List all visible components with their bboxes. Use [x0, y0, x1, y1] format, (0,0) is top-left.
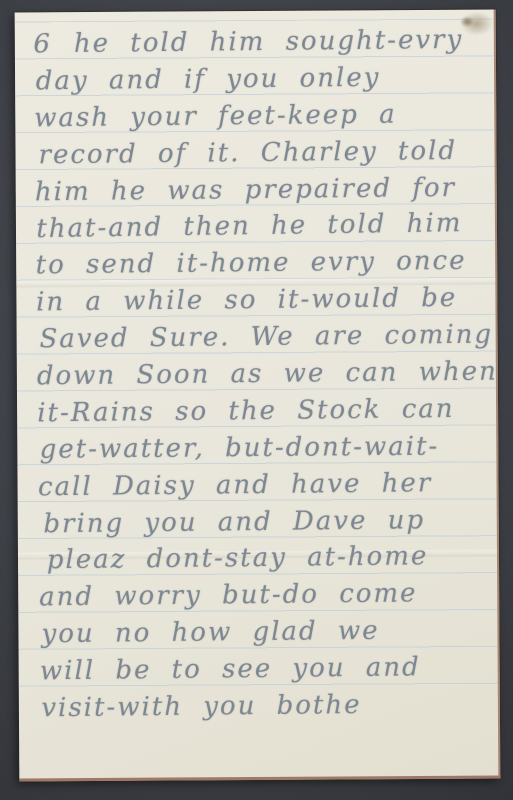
- letter-line: record of it. Charley told: [38, 132, 485, 174]
- letter-line: will be to see you and: [40, 649, 491, 691]
- letter-line: down Soon as we can when: [37, 354, 488, 396]
- letter-line: bring you and Dave up: [43, 501, 489, 543]
- letter-line: pleaz dont-stay at-home: [47, 538, 490, 580]
- letter-line: Saved Sure. We are coming: [39, 317, 487, 359]
- letter-page: 6he told him sought-evry day and if you …: [15, 10, 501, 782]
- letter-line: 6he told him sought-evry: [33, 22, 484, 64]
- letter-line: to send it-home evry once: [36, 243, 487, 285]
- letter-line: get-watter, but-dont-wait-: [40, 428, 489, 468]
- letter-line: him he was prepaired for: [35, 169, 486, 211]
- letter-photo: 6he told him sought-evry day and if you …: [0, 0, 513, 800]
- letter-line: it-Rains so the Stock can: [37, 391, 488, 433]
- handwritten-text: 6he told him sought-evry day and if you …: [33, 22, 491, 728]
- letter-line-text: he told him sought-evry: [74, 25, 464, 59]
- letter-line: and worry but-do come: [39, 575, 490, 617]
- letter-line: in a while so it-would be: [36, 280, 487, 322]
- letter-line: day and if you onley: [36, 59, 485, 101]
- letter-line: wash your feet-keep a: [34, 95, 485, 137]
- letter-line: that-and then he told him: [36, 205, 486, 248]
- letter-line: you no how glad we: [41, 612, 490, 654]
- page-number: 6: [33, 29, 52, 59]
- letter-line: call Daisy and have her: [38, 464, 489, 506]
- letter-line: visit-with you bothe: [41, 686, 491, 728]
